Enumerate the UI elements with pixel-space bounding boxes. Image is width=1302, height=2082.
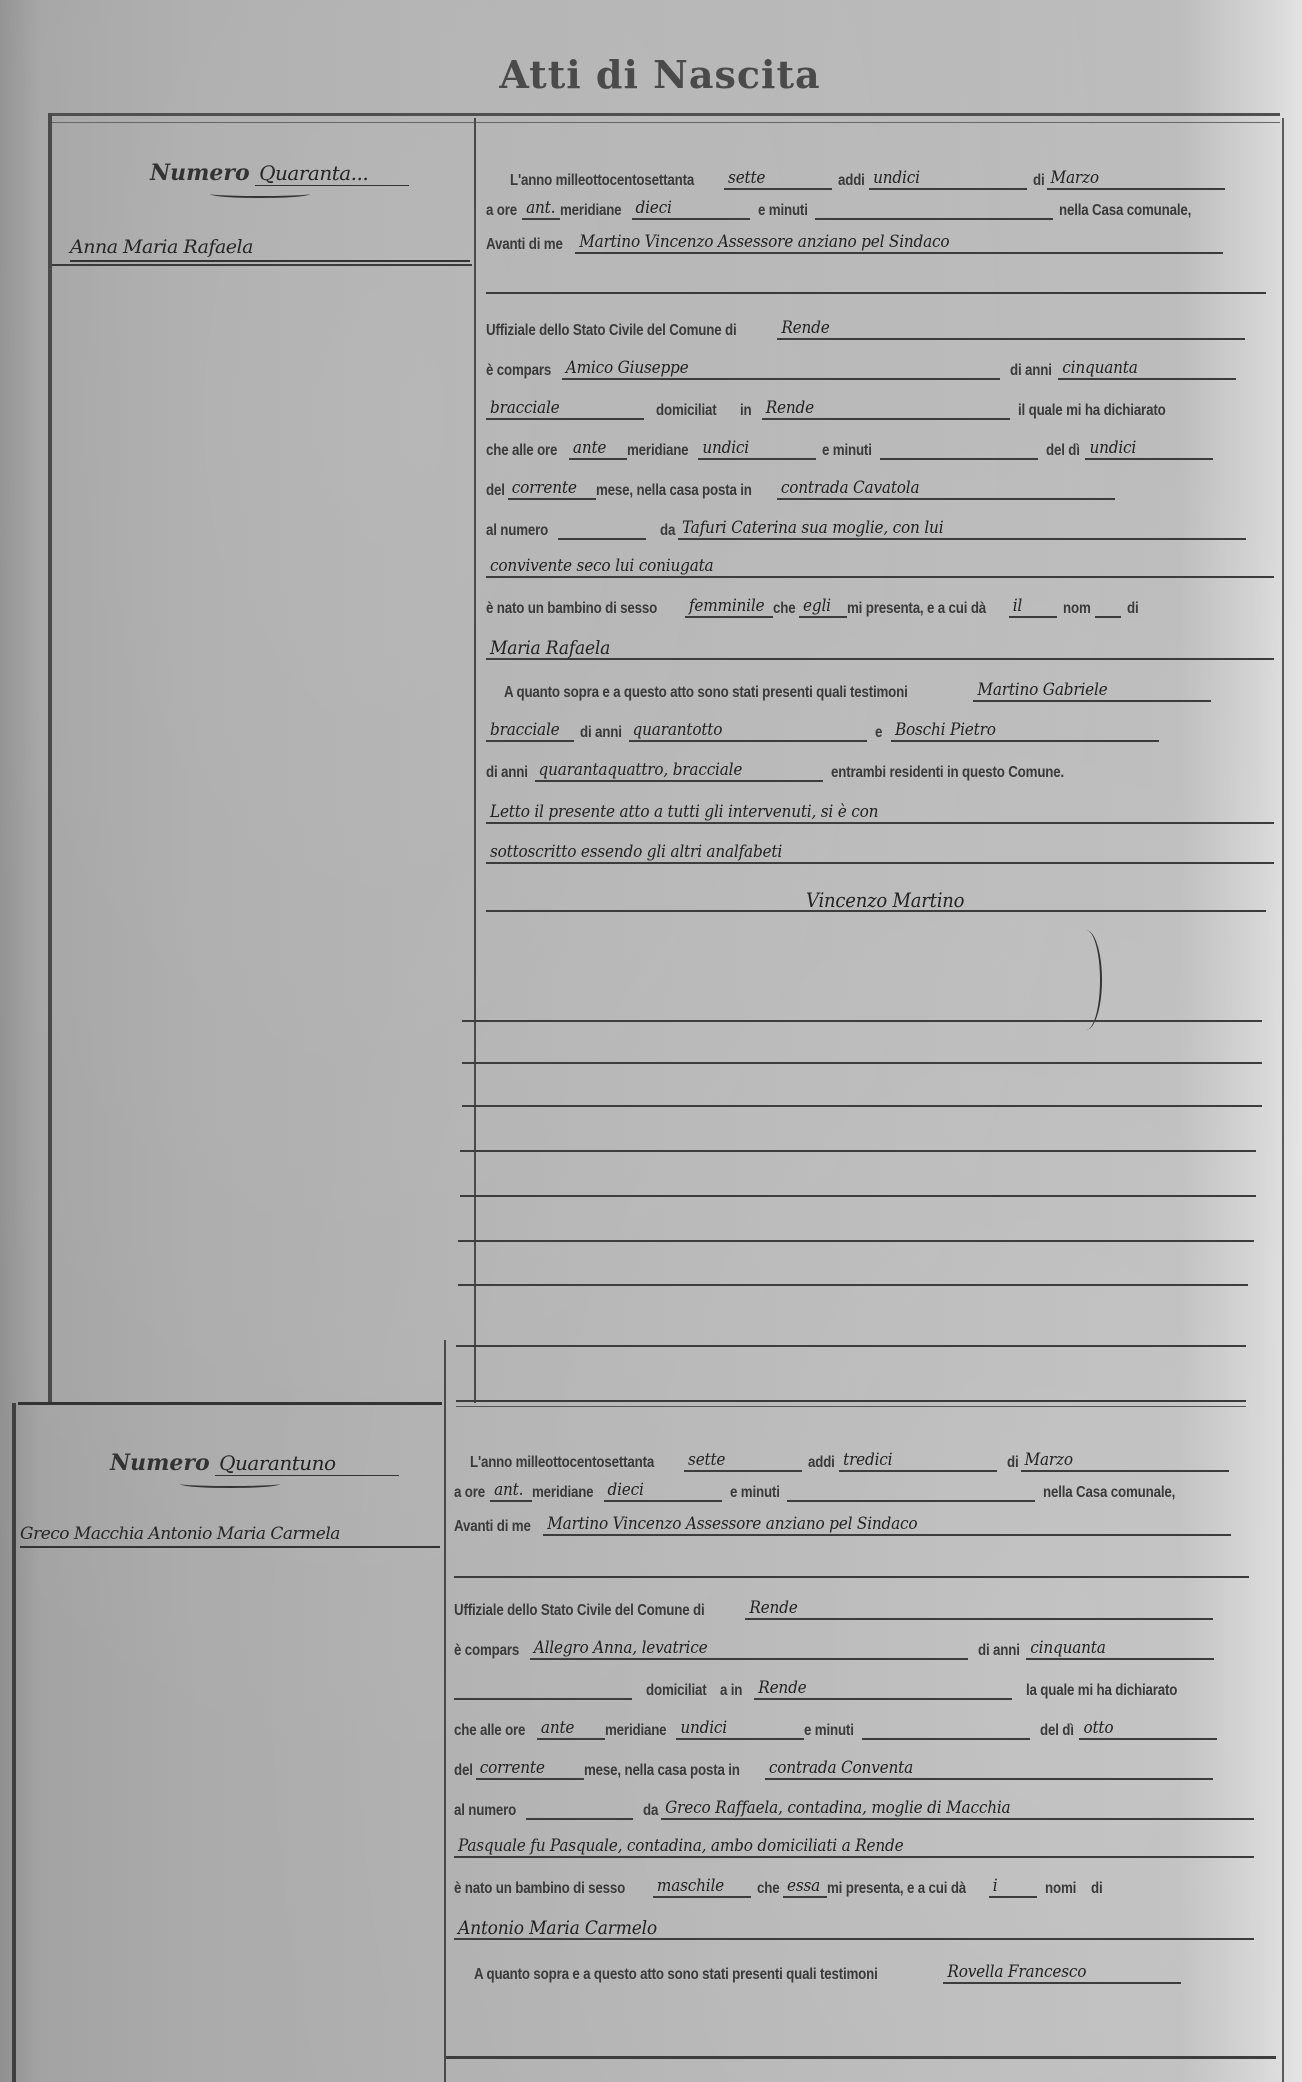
field-sex: maschile xyxy=(653,1876,751,1898)
field-house-number xyxy=(558,538,646,540)
label-di: di xyxy=(1033,172,1045,190)
field-child-name: Maria Rafaela xyxy=(486,638,1274,660)
label-nato-sesso: è nato un bambino di sesso xyxy=(486,600,657,618)
label-che-alle-ore: che alle ore xyxy=(486,442,557,460)
empty-ruled-line xyxy=(458,1240,1254,1242)
label-in: a in xyxy=(720,1682,742,1700)
field-day: undici xyxy=(869,168,1027,190)
label-quale-dichiarato: il quale mi ha dichiarato xyxy=(1018,402,1166,420)
form-line-domicile: domiciliat a in Rende la quale mi ha dic… xyxy=(454,1674,1254,1700)
label-testimoni: A quanto sopra e a questo atto sono stat… xyxy=(474,1966,878,1984)
label-di-anni: di anni xyxy=(978,1642,1020,1660)
ruled-line xyxy=(454,1576,1249,1578)
signature-flourish xyxy=(1070,930,1102,1030)
label-residenti: entrambi residenti in questo Comune. xyxy=(831,764,1064,782)
column-divider-lower xyxy=(444,1340,446,2082)
field-closing-note-1: Letto il presente atto a tutti gli inter… xyxy=(486,802,1274,824)
field-birth-day: otto xyxy=(1079,1718,1217,1740)
form-line-domicile: bracciale domiciliat in Rende il quale m… xyxy=(486,394,1276,420)
field-month: Marzo xyxy=(1047,168,1225,190)
label-minuti: e minuti xyxy=(730,1484,780,1502)
field-declarant: Amico Giuseppe xyxy=(562,358,1000,380)
label-che: che xyxy=(757,1880,779,1898)
form-line-closing-1: Letto il presente atto a tutti gli inter… xyxy=(486,796,1276,824)
field-witness-1: Rovella Francesco xyxy=(943,1962,1181,1984)
label-casa-comunale: nella Casa comunale, xyxy=(1059,202,1191,220)
numero-underline-flourish xyxy=(210,190,310,198)
label-nato-sesso: è nato un bambino di sesso xyxy=(454,1880,625,1898)
label-uffiziale: Uffiziale dello Stato Civile del Comune … xyxy=(454,1602,705,1620)
field-nom-suffix xyxy=(1095,616,1121,618)
label-anno: L'anno milleottocentosettanta xyxy=(510,172,694,190)
record-2-margin-name: Greco Macchia Antonio Maria Carmela xyxy=(20,1524,440,1548)
record-2-body: L'anno milleottocentosettanta sette addi… xyxy=(454,1446,1254,1984)
field-witness-1: Martino Gabriele xyxy=(973,680,1211,702)
field-mother-continued: convivente seco lui coniugata xyxy=(486,556,1274,578)
label-al-numero: al numero xyxy=(486,522,548,540)
label-domiciliat: domiciliat xyxy=(646,1682,707,1700)
label-nom: nomi xyxy=(1045,1880,1076,1898)
numero-underline-flourish xyxy=(180,1480,280,1488)
form-line-sex: è nato un bambino di sesso maschile che … xyxy=(454,1872,1254,1898)
form-line-mother: al numero da Tafuri Caterina sua moglie,… xyxy=(486,514,1276,540)
numero-value: Quarantuno xyxy=(215,1451,399,1476)
field-birth-day: undici xyxy=(1085,438,1213,460)
frame-left-rule-lower xyxy=(12,1403,16,2082)
label-di-anni: di anni xyxy=(1010,362,1052,380)
margin-name-annotation: Greco Macchia Antonio Maria Carmela xyxy=(20,1524,440,1548)
label-di: di xyxy=(1007,1454,1019,1472)
label-quale-dichiarato: la quale mi ha dichiarato xyxy=(1026,1682,1177,1700)
form-line-comune: Uffiziale dello Stato Civile del Comune … xyxy=(454,1594,1254,1620)
label-meridiane: meridiane xyxy=(627,442,688,460)
label-di-anni: di anni xyxy=(580,724,622,742)
label-presenta: mi presenta, e a cui dà xyxy=(827,1880,966,1898)
empty-ruled-line xyxy=(462,1062,1262,1064)
field-witness-1-occupation: bracciale xyxy=(486,720,574,742)
empty-ruled-line xyxy=(462,1020,1262,1022)
field-declarant-age: cinquanta xyxy=(1058,358,1236,380)
label-da: da xyxy=(660,522,675,540)
label-presenta: mi presenta, e a cui dà xyxy=(847,600,986,618)
form-line-officer: Avanti di me Martino Vincenzo Assessore … xyxy=(454,1502,1254,1536)
form-line-year: L'anno milleottocentosettanta sette addi… xyxy=(454,1446,1254,1472)
field-birth-minutes xyxy=(880,458,1038,460)
form-line-declarant: è compars Allegro Anna, levatrice di ann… xyxy=(454,1634,1254,1660)
form-line-birth-time: che alle ore ante meridiane undici e min… xyxy=(454,1714,1254,1740)
record-1-margin-name: Anna Maria Rafaela xyxy=(70,236,470,262)
label-meridiane: meridiane xyxy=(532,1484,593,1502)
label-del-di: del dì xyxy=(1046,442,1080,460)
label-casa-comunale: nella Casa comunale, xyxy=(1043,1484,1175,1502)
label-del: del xyxy=(454,1762,473,1780)
field-mother: Tafuri Caterina sua moglie, con lui xyxy=(678,518,1246,540)
form-line-birth-time: che alle ore ante meridiane undici e min… xyxy=(486,434,1276,460)
field-hour: dieci xyxy=(632,198,750,220)
field-sex: femminile xyxy=(685,596,773,618)
field-day: tredici xyxy=(839,1450,997,1472)
form-line-child-name: Maria Rafaela xyxy=(486,632,1276,660)
record-1-margin: Numero Quaranta... xyxy=(150,160,470,198)
label-in: in xyxy=(740,402,752,420)
column-divider xyxy=(474,118,476,1403)
label-uffiziale: Uffiziale dello Stato Civile del Comune … xyxy=(486,322,737,340)
field-domicile: Rende xyxy=(762,398,1010,420)
label-di-anni: di anni xyxy=(486,764,528,782)
form-line-mother-cont: convivente seco lui coniugata xyxy=(486,552,1276,578)
label-anno: L'anno milleottocentosettanta xyxy=(470,1454,654,1472)
field-month: Marzo xyxy=(1021,1450,1229,1472)
field-officer: Martino Vincenzo Assessore anziano pel S… xyxy=(575,232,1223,254)
field-witness-2-age-occupation: quarantaquattro, bracciale xyxy=(535,760,823,782)
label-avanti-di-me: Avanti di me xyxy=(454,1518,531,1536)
label-minuti: e minuti xyxy=(822,442,872,460)
label-a-ore: a ore xyxy=(454,1484,485,1502)
label-a-ore: a ore xyxy=(486,202,517,220)
field-birth-house: contrada Cavatola xyxy=(777,478,1115,500)
field-occupation: bracciale xyxy=(486,398,644,420)
label-del: del xyxy=(486,482,505,500)
field-hour-prefix: ant. xyxy=(490,1480,532,1502)
field-birth-month: corrente xyxy=(476,1758,584,1780)
margin-separator xyxy=(52,264,472,266)
form-line-closing-2: sottoscritto essendo gli altri analfabet… xyxy=(486,836,1276,864)
form-line-hour: a ore ant. meridiane dieci e minuti nell… xyxy=(454,1472,1254,1502)
form-line-mother: al numero da Greco Raffaela, contadina, … xyxy=(454,1794,1254,1820)
field-house-number xyxy=(526,1818,633,1820)
field-hour: dieci xyxy=(604,1480,722,1502)
label-di: di xyxy=(1127,600,1139,618)
label-al-numero: al numero xyxy=(454,1802,516,1820)
form-line-birth-place: del corrente mese, nella casa posta in c… xyxy=(486,474,1276,500)
field-birth-hour: undici xyxy=(676,1718,804,1740)
label-minuti: e minuti xyxy=(804,1722,854,1740)
form-line-comune: Uffiziale dello Stato Civile del Comune … xyxy=(486,314,1276,340)
field-officer: Martino Vincenzo Assessore anziano pel S… xyxy=(543,1514,1231,1536)
field-declarant: Allegro Anna, levatrice xyxy=(530,1638,968,1660)
form-line-witness-2: bracciale di anni quarantotto e Boschi P… xyxy=(486,716,1276,742)
empty-ruled-line xyxy=(462,1105,1262,1107)
label-compars: è compars xyxy=(486,362,551,380)
empty-ruled-line xyxy=(456,1345,1246,1347)
label-e: e xyxy=(875,724,882,742)
frame-top-rule xyxy=(48,113,1280,123)
field-closing-note-2: sottoscritto essendo gli altri analfabet… xyxy=(486,842,1274,864)
field-article: i xyxy=(989,1876,1037,1898)
field-witness-2: Boschi Pietro xyxy=(891,720,1159,742)
form-line-officer: Avanti di me Martino Vincenzo Assessore … xyxy=(486,220,1276,254)
field-birth-month: corrente xyxy=(508,478,596,500)
record-1-body: L'anno milleottocentosettanta sette addi… xyxy=(486,164,1276,912)
form-line-hour: a ore ant. meridiane dieci e minuti nell… xyxy=(486,190,1276,220)
form-line-child-name: Antonio Maria Carmelo xyxy=(454,1912,1254,1940)
label-da: da xyxy=(643,1802,658,1820)
numero-row: Numero Quaranta... xyxy=(150,160,470,186)
label-nom: nom xyxy=(1063,600,1091,618)
record-2-margin: Numero Quarantuno xyxy=(110,1450,440,1488)
form-line-witness-1: A quanto sopra e a questo atto sono stat… xyxy=(486,676,1276,702)
form-line-year: L'anno milleottocentosettanta sette addi… xyxy=(486,164,1276,190)
label-del-di: del dì xyxy=(1040,1722,1074,1740)
field-presenter: egli xyxy=(799,596,847,618)
margin-name-annotation: Anna Maria Rafaela xyxy=(70,236,470,262)
label-meridiane: meridiane xyxy=(560,202,621,220)
field-comune: Rende xyxy=(745,1598,1213,1620)
field-mother: Greco Raffaela, contadina, moglie di Mac… xyxy=(661,1798,1254,1820)
label-addi: addi xyxy=(838,172,865,190)
frame-right-rule xyxy=(1282,118,1284,2082)
field-year: sette xyxy=(724,168,832,190)
field-declarant-age: cinquanta xyxy=(1026,1638,1214,1660)
field-comune: Rende xyxy=(777,318,1245,340)
field-birth-hour-prefix: ante xyxy=(569,438,627,460)
field-domicile: Rende xyxy=(754,1678,1012,1700)
bottom-ruled-line xyxy=(446,2056,1276,2059)
field-child-name: Antonio Maria Carmelo xyxy=(454,1918,1254,1940)
label-testimoni: A quanto sopra e a questo atto sono stat… xyxy=(504,684,908,702)
label-avanti-di-me: Avanti di me xyxy=(486,236,563,254)
label-domiciliat: domiciliat xyxy=(656,402,717,420)
form-line-birth-place: del corrente mese, nella casa posta in c… xyxy=(454,1754,1254,1780)
form-line-declarant: è compars Amico Giuseppe di anni cinquan… xyxy=(486,354,1276,380)
frame-left-rule xyxy=(48,113,52,1403)
record-separator-right xyxy=(456,1400,1246,1407)
form-line-signature: Vincenzo Martino xyxy=(486,882,1276,912)
label-meridiane: meridiane xyxy=(605,1722,666,1740)
form-line-sex: è nato un bambino di sesso femminile che… xyxy=(486,592,1276,618)
label-che-alle-ore: che alle ore xyxy=(454,1722,525,1740)
record-separator-left xyxy=(18,1402,442,1405)
field-hour-prefix: ant. xyxy=(522,198,560,220)
label-compars: è compars xyxy=(454,1642,519,1660)
field-birth-hour-prefix: ante xyxy=(537,1718,605,1740)
label-di: di xyxy=(1091,1880,1103,1898)
field-witness-1-age: quarantotto xyxy=(629,720,867,742)
page-title: Atti di Nascita xyxy=(420,52,900,97)
field-birth-hour: undici xyxy=(698,438,816,460)
label-addi: addi xyxy=(808,1454,835,1472)
field-mother-continued: Pasquale fu Pasquale, contadina, ambo do… xyxy=(454,1836,1254,1858)
field-birth-house: contrada Conventa xyxy=(765,1758,1213,1780)
numero-row: Numero Quarantuno xyxy=(110,1450,440,1476)
field-article: il xyxy=(1009,596,1057,618)
field-year: sette xyxy=(684,1450,802,1472)
field-presenter: essa xyxy=(783,1876,827,1898)
form-line-witness-2-details: di anni quarantaquattro, bracciale entra… xyxy=(486,756,1276,782)
form-line-witness-1: A quanto sopra e a questo atto sono stat… xyxy=(454,1958,1254,1984)
field-occupation xyxy=(454,1698,632,1700)
ruled-line xyxy=(486,292,1266,294)
label-minuti: e minuti xyxy=(758,202,808,220)
officer-signature: Vincenzo Martino xyxy=(486,890,1266,912)
field-birth-minutes xyxy=(862,1738,1030,1740)
label-mese-casa: mese, nella casa posta in xyxy=(596,482,752,500)
numero-label: Numero xyxy=(150,160,250,186)
label-mese-casa: mese, nella casa posta in xyxy=(584,1762,740,1780)
form-line-mother-cont: Pasquale fu Pasquale, contadina, ambo do… xyxy=(454,1832,1254,1858)
empty-ruled-line xyxy=(460,1150,1256,1152)
numero-value: Quaranta... xyxy=(255,161,409,186)
label-che: che xyxy=(773,600,795,618)
numero-label: Numero xyxy=(110,1450,210,1476)
empty-ruled-line xyxy=(460,1195,1256,1197)
empty-ruled-line xyxy=(458,1284,1248,1286)
